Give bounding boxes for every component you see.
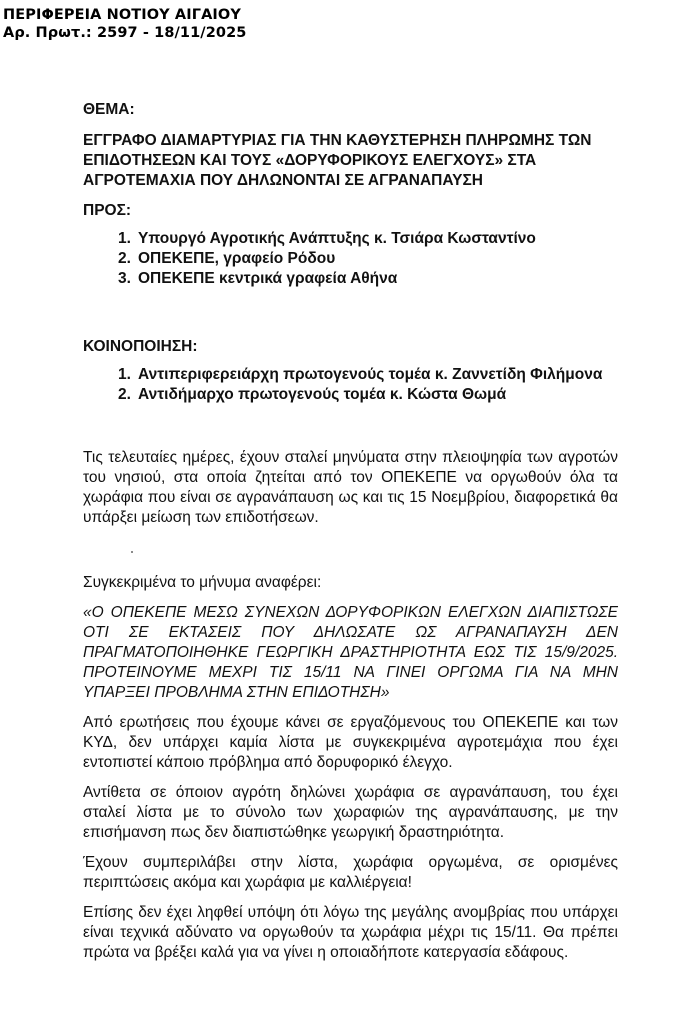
paragraph-included: Έχουν συμπεριλάβει στην λίστα, χωράφια ο… bbox=[83, 853, 618, 893]
message-intro: Συγκεκριμένα το μήνυμα αναφέρει: bbox=[83, 573, 618, 593]
list-item: 2.Αντιδήμαρχο πρωτογενούς τομέα κ. Κώστα… bbox=[118, 385, 618, 405]
organization-name: ΠΕΡΙΦΕΡΕΙΑ ΝΟΤΙΟΥ ΑΙΓΑΙΟΥ bbox=[3, 6, 246, 24]
cc-label: ΚΟΙΝΟΠΟΙΗΣΗ: bbox=[83, 337, 618, 357]
item-text: Αντιπεριφερειάρχη πρωτογενούς τομέα κ. Ζ… bbox=[138, 365, 602, 385]
cc-list: 1.Αντιπεριφερειάρχη πρωτογενούς τομέα κ.… bbox=[118, 365, 618, 405]
subject-text: ΕΓΓΡΑΦΟ ΔΙΑΜΑΡΤΥΡΙΑΣ ΓΙΑ ΤΗΝ ΚΑΘΥΣΤΕΡΗΣΗ… bbox=[83, 131, 618, 191]
item-number: 1. bbox=[118, 229, 138, 249]
paragraph-inquiries: Από ερωτήσεις που έχουμε κάνει σε εργαζό… bbox=[83, 713, 618, 773]
list-item: 2.ΟΠΕΚΕΠΕ, γραφείο Ρόδου bbox=[118, 249, 618, 269]
document-header: ΠΕΡΙΦΕΡΕΙΑ ΝΟΤΙΟΥ ΑΙΓΑΙΟΥ Αρ. Πρωτ.: 259… bbox=[3, 6, 246, 42]
subject-label: ΘΕΜΑ: bbox=[83, 100, 618, 120]
paragraph-drought: Επίσης δεν έχει ληφθεί υπόψη ότι λόγω τη… bbox=[83, 903, 618, 963]
paragraph-intro: Τις τελευταίες ημέρες, έχουν σταλεί μηνύ… bbox=[83, 448, 618, 528]
item-text: Υπουργό Αγροτικής Ανάπτυξης κ. Τσιάρα Κω… bbox=[138, 229, 536, 249]
item-number: 1. bbox=[118, 365, 138, 385]
item-text: ΟΠΕΚΕΠΕ κεντρικά γραφεία Αθήνα bbox=[138, 269, 397, 289]
recipients-label: ΠΡΟΣ: bbox=[83, 201, 618, 221]
item-number: 3. bbox=[118, 269, 138, 289]
list-item: 3.ΟΠΕΚΕΠΕ κεντρικά γραφεία Αθήνα bbox=[118, 269, 618, 289]
item-text: ΟΠΕΚΕΠΕ, γραφείο Ρόδου bbox=[138, 249, 335, 269]
protocol-number: Αρ. Πρωτ.: 2597 - 18/11/2025 bbox=[3, 24, 246, 42]
quoted-message: «Ο ΟΠΕΚΕΠΕ ΜΕΣΩ ΣΥΝΕΧΩΝ ΔΟΡΥΦΟΡΙΚΩΝ ΕΛΕΓ… bbox=[83, 603, 618, 703]
recipients-list: 1.Υπουργό Αγροτικής Ανάπτυξης κ. Τσιάρα … bbox=[118, 229, 618, 289]
list-item: 1.Αντιπεριφερειάρχη πρωτογενούς τομέα κ.… bbox=[118, 365, 618, 385]
paragraph-contrary: Αντίθετα σε όποιον αγρότη δηλώνει χωράφι… bbox=[83, 783, 618, 843]
letter-body: ΘΕΜΑ: ΕΓΓΡΑΦΟ ΔΙΑΜΑΡΤΥΡΙΑΣ ΓΙΑ ΤΗΝ ΚΑΘΥΣ… bbox=[83, 100, 618, 963]
list-item: 1.Υπουργό Αγροτικής Ανάπτυξης κ. Τσιάρα … bbox=[118, 229, 618, 249]
item-text: Αντιδήμαρχο πρωτογενούς τομέα κ. Κώστα Θ… bbox=[138, 385, 506, 405]
item-number: 2. bbox=[118, 385, 138, 405]
item-number: 2. bbox=[118, 249, 138, 269]
